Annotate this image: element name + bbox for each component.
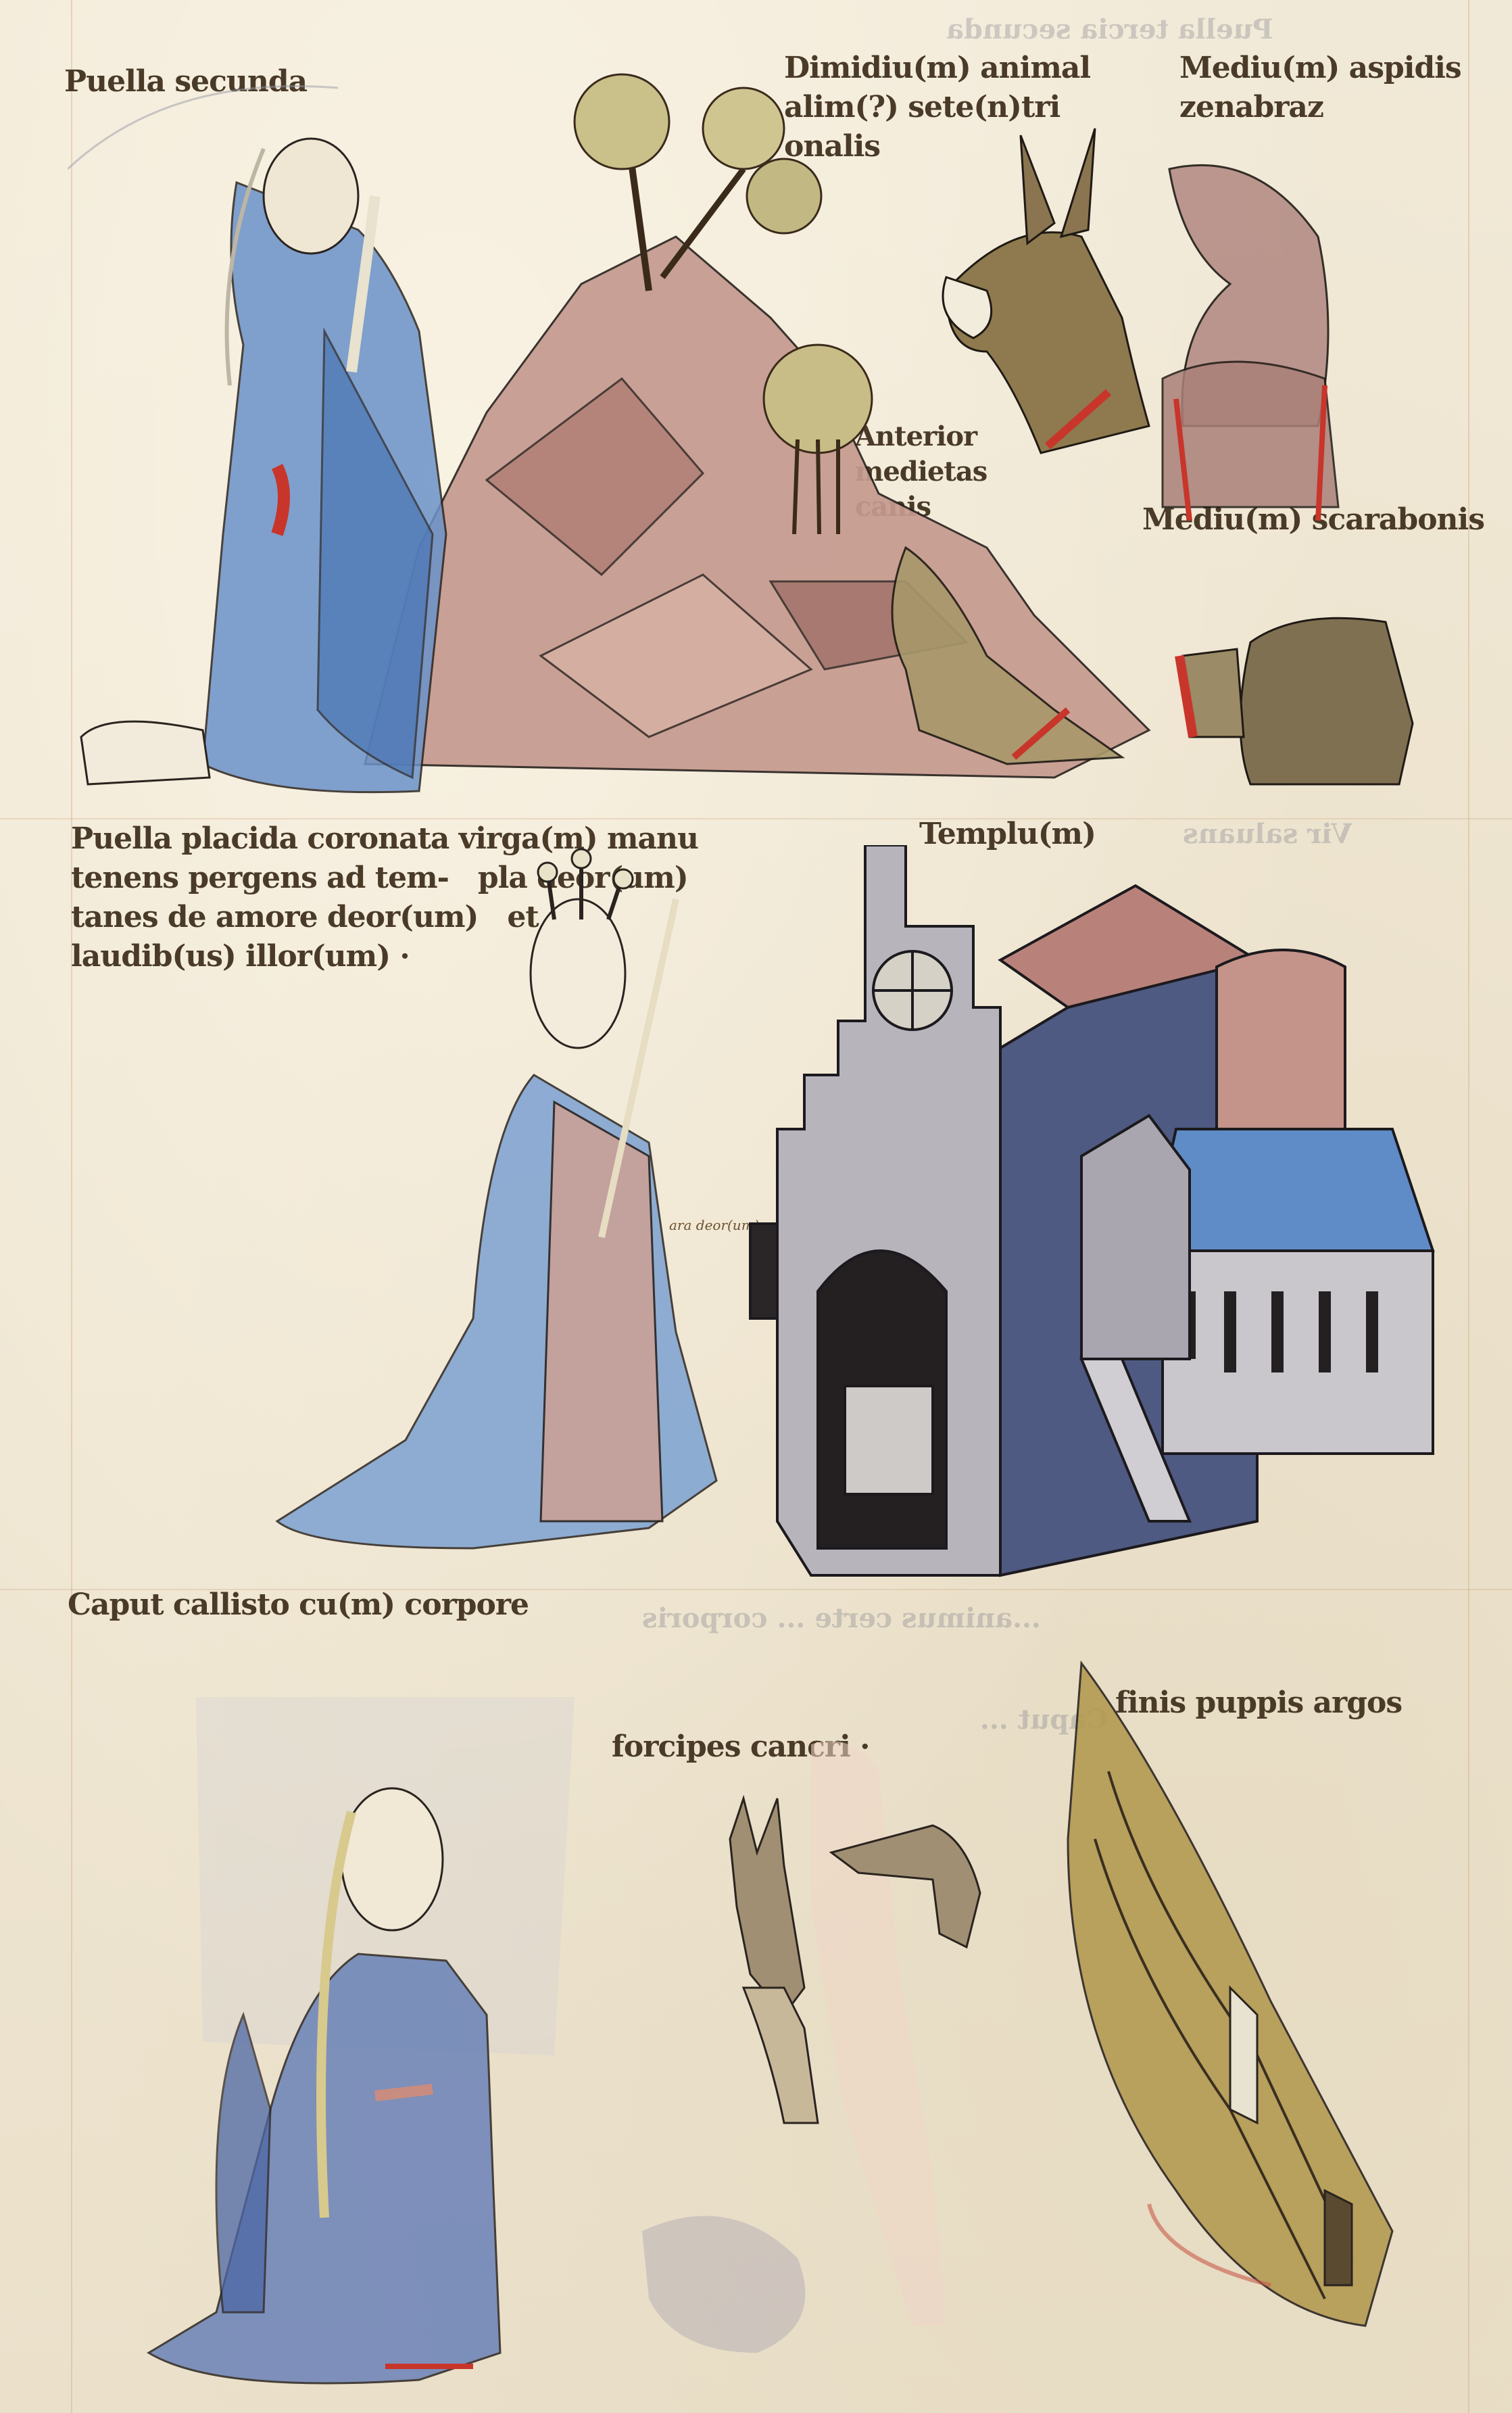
- show-through-text: ...animus certe ... corporis: [642, 1602, 1041, 1634]
- show-through-text: Puella tercia secunda: [946, 14, 1273, 45]
- middle-register-illustration: [68, 845, 1487, 1589]
- ship-stern: [1068, 1663, 1392, 2326]
- kneeling-maiden: [81, 139, 446, 792]
- crowned-maiden: [277, 849, 716, 1548]
- winged-creature: [1163, 165, 1338, 521]
- temple: [750, 845, 1433, 1575]
- manuscript-page: Puella tercia secunda Vir saluans Caput …: [0, 0, 1512, 2413]
- caption-caput-callisto: Caput callisto cu(m) corpore: [68, 1585, 529, 1625]
- donkey-half: [943, 128, 1149, 453]
- top-register-illustration: [68, 61, 1487, 818]
- urn: [1179, 618, 1413, 784]
- bottom-register-illustration: [68, 1636, 1487, 2407]
